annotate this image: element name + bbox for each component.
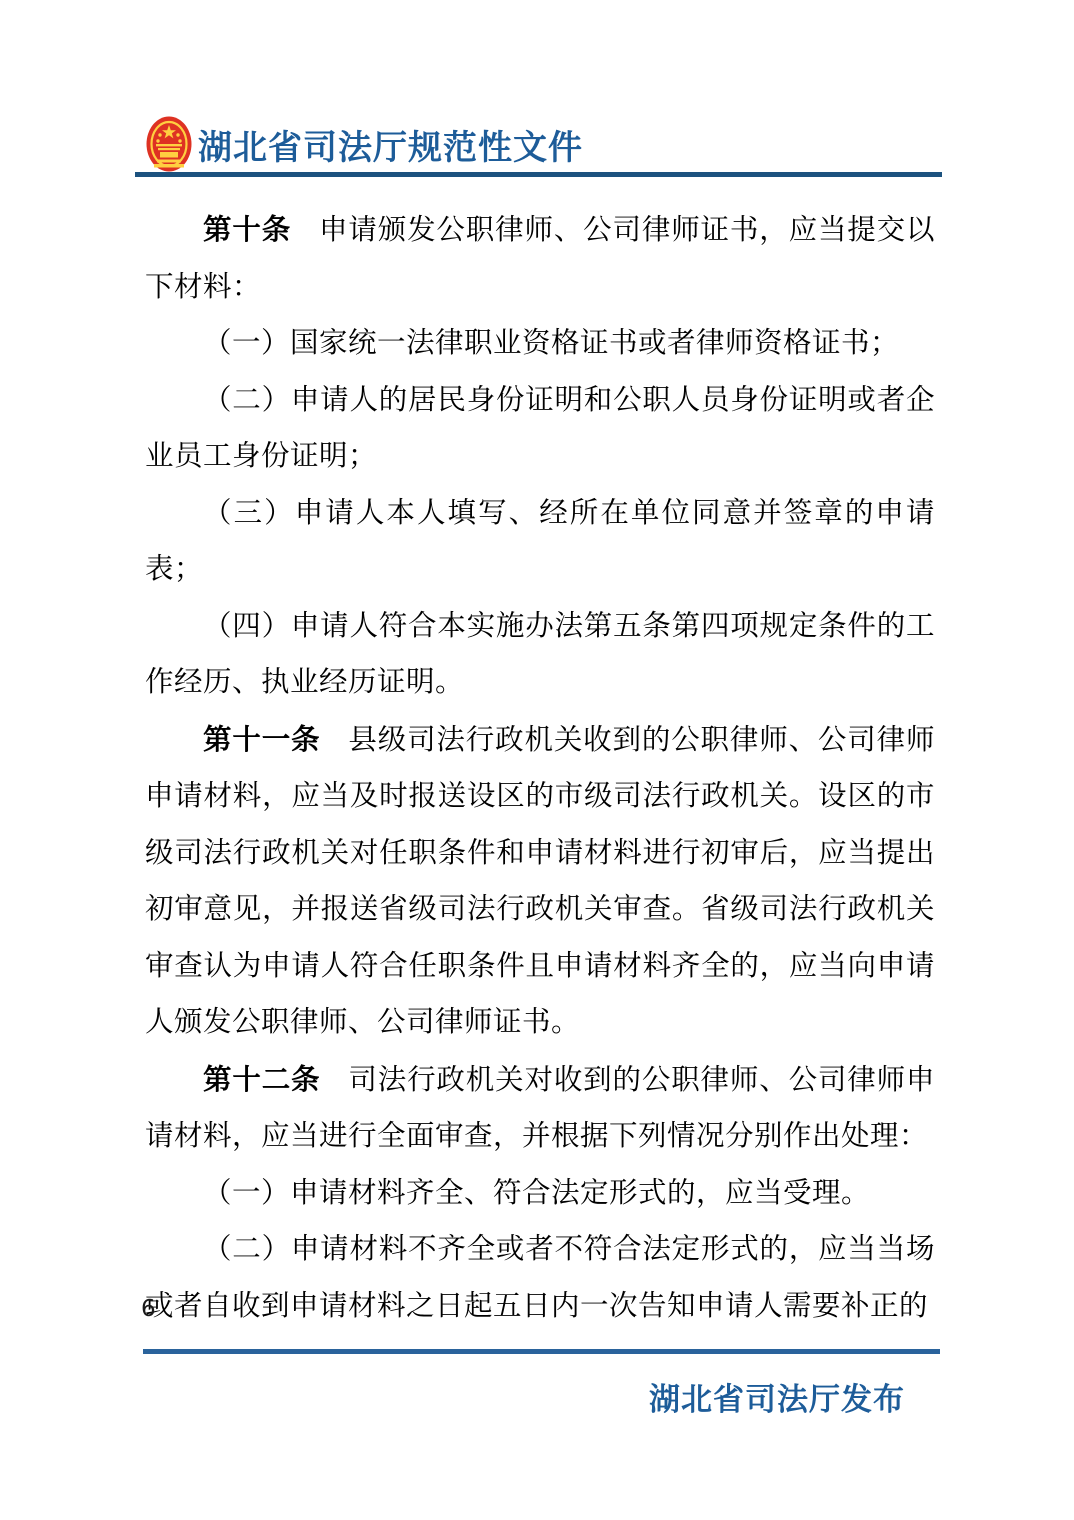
document-page: { "document": { "header": { "title": "湖北…	[0, 0, 1074, 1520]
paragraph: （二）申请材料不齐全或者不符合法定形式的，应当当场或者自收到申请材料之日起五日内…	[145, 1222, 935, 1335]
page-number: 6	[141, 1296, 156, 1322]
paragraph-text: （一）国家统一法律职业资格证书或者律师资格证书；	[203, 328, 899, 359]
article-number: 第十条	[203, 214, 291, 246]
paragraph: 第十一条县级司法行政机关收到的公职律师、公司律师申请材料，应当及时报送设区的市级…	[145, 712, 935, 1052]
paragraph-text: （三）申请人本人填写、经所在单位同意并签章的申请表；	[145, 498, 935, 586]
header-divider	[135, 172, 942, 177]
national-emblem-icon	[146, 116, 192, 172]
paragraph: （三）申请人本人填写、经所在单位同意并签章的申请表；	[145, 486, 935, 599]
document-header: 湖北省司法厅规范性文件	[146, 116, 583, 172]
footer-divider	[143, 1349, 940, 1354]
paragraph-text: 县级司法行政机关收到的公职律师、公司律师申请材料，应当及时报送设区的市级司法行政…	[145, 725, 935, 1039]
paragraph: （一）申请材料齐全、符合法定形式的，应当受理。	[145, 1166, 935, 1223]
paragraph: 第十二条司法行政机关对收到的公职律师、公司律师申请材料，应当进行全面审查，并根据…	[145, 1052, 935, 1166]
article-number: 第十一条	[203, 724, 320, 756]
paragraph: （四）申请人符合本实施办法第五条第四项规定条件的工作经历、执业经历证明。	[145, 599, 935, 712]
document-body: 第十条申请颁发公职律师、公司律师证书，应当提交以下材料： （一）国家统一法律职业…	[145, 202, 935, 1335]
article-number: 第十二条	[203, 1064, 320, 1096]
paragraph-text: （四）申请人符合本实施办法第五条第四项规定条件的工作经历、执业经历证明。	[145, 611, 935, 699]
paragraph-text: （一）申请材料齐全、符合法定形式的，应当受理。	[203, 1178, 870, 1209]
paragraph-text: （二）申请材料不齐全或者不符合法定形式的，应当当场或者自收到申请材料之日起五日内…	[145, 1234, 935, 1322]
paragraph: 第十条申请颁发公职律师、公司律师证书，应当提交以下材料：	[145, 202, 935, 316]
paragraph: （一）国家统一法律职业资格证书或者律师资格证书；	[145, 316, 935, 373]
publisher-label: 湖北省司法厅发布	[145, 1374, 905, 1419]
paragraph: （二）申请人的居民身份证明和公职人员身份证明或者企业员工身份证明；	[145, 373, 935, 486]
paragraph-text: （二）申请人的居民身份证明和公职人员身份证明或者企业员工身份证明；	[145, 385, 935, 473]
page-title: 湖北省司法厅规范性文件	[198, 120, 583, 169]
